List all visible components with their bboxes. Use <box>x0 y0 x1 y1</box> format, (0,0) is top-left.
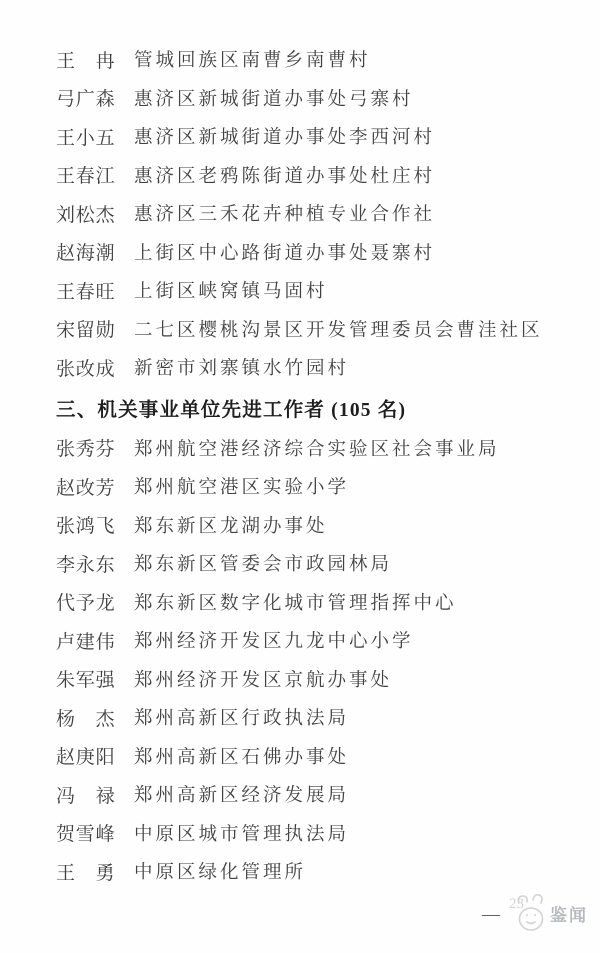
list-item: 张鸿飞 郑东新区龙湖办事处 <box>56 506 586 545</box>
organization-name: 郑州高新区经济发展局 <box>134 781 349 807</box>
person-name: 赵庚阳 <box>56 742 114 769</box>
organization-name: 郑州高新区行政执法局 <box>134 704 349 730</box>
person-name: 卢建伟 <box>56 627 114 654</box>
organization-name: 中原区绿化管理所 <box>134 858 306 884</box>
organization-name: 郑州航空港经济综合实验区社会事业局 <box>134 435 500 461</box>
person-name: 弓广森 <box>56 84 114 111</box>
person-name: 朱军强 <box>56 665 114 692</box>
organization-name: 郑州航空港区实验小学 <box>134 473 349 499</box>
organization-name: 上街区中心路街道办事处聂寨村 <box>134 239 435 265</box>
list-item: 李永东 郑东新区管委会市政园林局 <box>56 544 586 583</box>
organization-name: 郑州经济开发区京航办事处 <box>134 666 392 692</box>
list-item: 赵改芳 郑州航空港区实验小学 <box>56 467 586 506</box>
organization-name: 二七区樱桃沟景区开发管理委员会曹洼社区 <box>134 316 543 342</box>
awardee-list: 王 冉 管城回族区南曹乡南曹村 弓广森 惠济区新城街道办事处弓寨村 王小五 惠济… <box>56 40 586 891</box>
person-name: 张鸿飞 <box>56 511 114 538</box>
list-item: 赵海潮 上街区中心路街道办事处聂寨村 <box>56 233 586 272</box>
list-item: 张秀芬 郑州航空港经济综合实验区社会事业局 <box>56 429 586 468</box>
list-item: 贺雪峰 中原区城市管理执法局 <box>56 814 586 853</box>
list-item: 弓广森 惠济区新城街道办事处弓寨村 <box>56 79 586 118</box>
organization-name: 郑州经济开发区九龙中心小学 <box>134 627 414 653</box>
list-item: 冯 禄 郑州高新区经济发展局 <box>56 775 586 814</box>
watermark-text: 鉴闻 <box>550 901 588 926</box>
person-name: 王 冉 <box>56 46 114 73</box>
section-header-label: 三、机关事业单位先进工作者 (105 名) <box>56 394 406 422</box>
person-name: 赵改芳 <box>56 473 114 500</box>
organization-name: 管城回族区南曹乡南曹村 <box>134 46 371 72</box>
page-number-dash: — <box>482 904 500 925</box>
list-item: 杨 杰 郑州高新区行政执法局 <box>56 698 586 737</box>
person-name: 王春江 <box>56 161 114 188</box>
person-name: 赵海潮 <box>56 238 114 265</box>
page-footer: — 23 鉴闻 <box>0 890 600 940</box>
list-item: 张改成 新密市刘寨镇水竹园村 <box>56 348 586 387</box>
list-item: 赵庚阳 郑州高新区石佛办事处 <box>56 737 586 776</box>
list-item: 朱军强 郑州经济开发区京航办事处 <box>56 660 586 699</box>
list-item: 刘松杰 惠济区三禾花卉种植专业合作社 <box>56 194 586 233</box>
person-name: 王小五 <box>56 123 114 150</box>
person-name: 代予龙 <box>56 588 114 615</box>
person-name: 冯 禄 <box>56 781 114 808</box>
person-name: 王 勇 <box>56 858 114 885</box>
list-item: 代予龙 郑东新区数字化城市管理指挥中心 <box>56 583 586 622</box>
person-name: 张秀芬 <box>56 434 114 461</box>
organization-name: 惠济区新城街道办事处弓寨村 <box>134 85 414 111</box>
list-item: 王 冉 管城回族区南曹乡南曹村 <box>56 40 586 79</box>
organization-name: 惠济区新城街道办事处李西河村 <box>134 123 435 149</box>
list-item: 王 勇 中原区绿化管理所 <box>56 852 586 891</box>
organization-name: 惠济区老鸦陈街道办事处杜庄村 <box>134 162 435 188</box>
list-item: 卢建伟 郑州经济开发区九龙中心小学 <box>56 621 586 660</box>
person-name: 刘松杰 <box>56 200 114 227</box>
person-name: 宋留勋 <box>56 315 114 342</box>
person-name: 张改成 <box>56 354 114 381</box>
organization-name: 上街区峡窝镇马固村 <box>134 277 328 303</box>
organization-name: 郑州高新区石佛办事处 <box>134 743 349 769</box>
list-item: 王春江 惠济区老鸦陈街道办事处杜庄村 <box>56 156 586 195</box>
organization-name: 惠济区三禾花卉种植专业合作社 <box>134 200 435 226</box>
person-name: 王春旺 <box>56 277 114 304</box>
watermark-mascot-icon <box>515 893 551 935</box>
organization-name: 郑东新区管委会市政园林局 <box>134 550 392 576</box>
organization-name: 新密市刘寨镇水竹园村 <box>134 354 349 380</box>
organization-name: 郑东新区龙湖办事处 <box>134 512 328 538</box>
person-name: 贺雪峰 <box>56 819 114 846</box>
organization-name: 中原区城市管理执法局 <box>134 820 349 846</box>
organization-name: 郑东新区数字化城市管理指挥中心 <box>134 589 457 615</box>
list-item: 王春旺 上街区峡窝镇马固村 <box>56 271 586 310</box>
document-page: 王 冉 管城回族区南曹乡南曹村 弓广森 惠济区新城街道办事处弓寨村 王小五 惠济… <box>0 0 600 953</box>
list-item: 王小五 惠济区新城街道办事处李西河村 <box>56 117 586 156</box>
list-item: 宋留勋 二七区樱桃沟景区开发管理委员会曹洼社区 <box>56 310 586 349</box>
person-name: 李永东 <box>56 550 114 577</box>
person-name: 杨 杰 <box>56 704 114 731</box>
section-header: 三、机关事业单位先进工作者 (105 名) <box>56 387 586 429</box>
